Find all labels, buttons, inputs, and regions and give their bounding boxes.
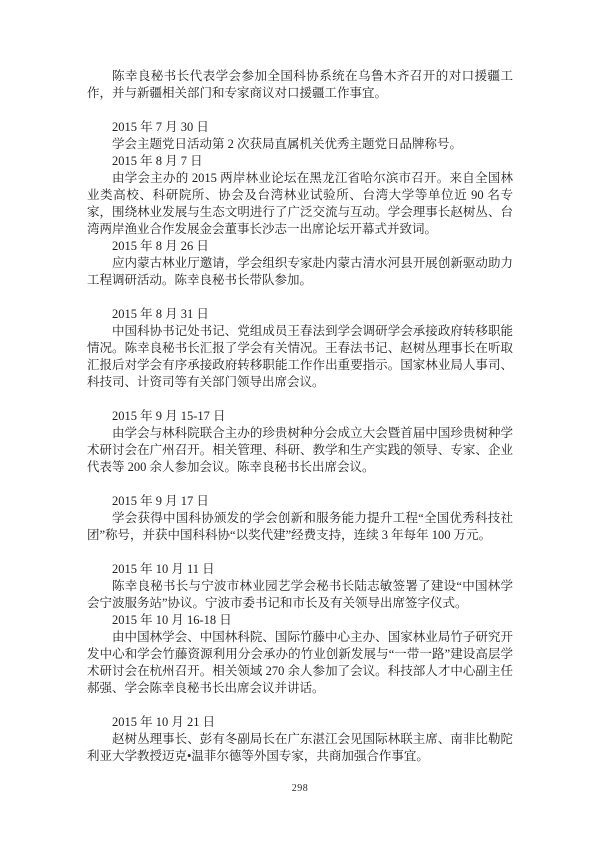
entry-date: 2015 年 8 月 7 日 [87, 153, 513, 170]
entry-date: 2015 年 10 月 11 日 [87, 561, 513, 578]
section-spacer [87, 391, 513, 408]
entry-date: 2015 年 8 月 26 日 [87, 238, 513, 255]
document-body: 陈幸良秘书长代表学会参加全国科协系统在乌鲁木齐召开的对口援疆工作，并与新疆相关部… [87, 68, 513, 765]
section-spacer [87, 544, 513, 561]
entry-paragraph: 中国科协书记处书记、党组成员王春法到学会调研学会承接政府转移职能情况。陈幸良秘书… [87, 323, 513, 391]
page-number: 298 [0, 783, 600, 794]
section-spacer [87, 697, 513, 714]
section-spacer [87, 476, 513, 493]
entry-paragraph: 学会主题党日活动第 2 次获局直属机关优秀主题党日品牌称号。 [87, 136, 513, 153]
entry-date: 2015 年 10 月 16-18 日 [87, 612, 513, 629]
entry-paragraph: 由学会主办的 2015 两岸林业论坛在黑龙江省哈尔滨市召开。来自全国林业类高校、… [87, 170, 513, 238]
entry-date: 2015 年 7 月 30 日 [87, 119, 513, 136]
entry-paragraph: 由中国林学会、中国林科院、国际竹藤中心主办、国家林业局竹子研究开发中心和学会竹藤… [87, 629, 513, 697]
entry-paragraph: 应内蒙古林业厅邀请，学会组织专家赴内蒙古清水河县开展创新驱动助力工程调研活动。陈… [87, 255, 513, 289]
entry-date: 2015 年 9 月 15-17 日 [87, 408, 513, 425]
document-page: 陈幸良秘书长代表学会参加全国科协系统在乌鲁木齐召开的对口援疆工作，并与新疆相关部… [0, 0, 600, 848]
entry-date: 2015 年 8 月 31 日 [87, 306, 513, 323]
entry-paragraph: 陈幸良秘书长与宁波市林业园艺学会秘书长陆志敏签署了建设“中国林学会宁波服务站”协… [87, 578, 513, 612]
entry-paragraph: 由学会与林科院联合主办的珍贵树种分会成立大会暨首届中国珍贵树种学术研讨会在广州召… [87, 425, 513, 476]
entry-paragraph: 陈幸良秘书长代表学会参加全国科协系统在乌鲁木齐召开的对口援疆工作，并与新疆相关部… [87, 68, 513, 102]
entry-paragraph: 赵树丛理事长、彭有冬副局长在广东湛江会见国际林联主席、南非比勒陀利亚大学教授迈克… [87, 731, 513, 765]
section-spacer [87, 289, 513, 306]
section-spacer [87, 102, 513, 119]
entry-date: 2015 年 9 月 17 日 [87, 493, 513, 510]
entry-paragraph: 学会获得中国科协颁发的学会创新和服务能力提升工程“全国优秀科技社团”称号，并获中… [87, 510, 513, 544]
entry-date: 2015 年 10 月 21 日 [87, 714, 513, 731]
